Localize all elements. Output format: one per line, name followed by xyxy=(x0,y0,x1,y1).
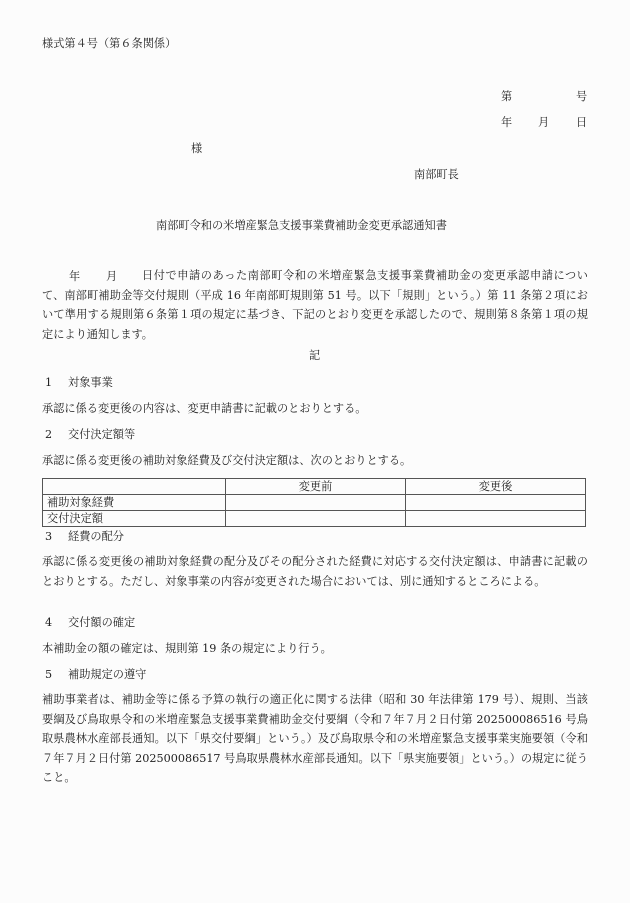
section-3-body: 承認に係る変更後の補助対象経費の配分及びその配分された経費に対応する交付決定額は… xyxy=(42,552,588,591)
section-1-number: 1 xyxy=(45,377,52,388)
grant-amount-before-cell xyxy=(226,511,406,527)
section-5-body: 補助事業者は、補助金等に係る予算の執行の適正化に関する法律（昭和 30 年法律第… xyxy=(42,690,588,788)
ki-marker: 記 xyxy=(309,350,320,361)
section-2-number: 2 xyxy=(45,429,52,440)
intro-paragraph: 日付で申請のあった南部町令和の米増産緊急支援事業費補助金の変更承認申請について、… xyxy=(42,266,588,344)
number-prefix: 第 xyxy=(501,91,512,102)
date-month: 月 xyxy=(538,117,549,128)
number-suffix: 号 xyxy=(576,91,587,102)
section-3-number: 3 xyxy=(45,531,52,542)
form-label: 様式第４号（第６条関係） xyxy=(42,38,176,49)
section-2-heading: 交付決定額等 xyxy=(68,429,135,440)
amount-table: 変更前 変更後 補助対象経費 交付決定額 xyxy=(42,478,586,527)
section-3-heading: 経費の配分 xyxy=(68,531,124,542)
table-header-blank xyxy=(43,479,226,495)
section-5-heading: 補助規定の遵守 xyxy=(68,669,146,680)
section-5-number: 5 xyxy=(45,669,52,680)
table-header-row: 変更前 変更後 xyxy=(43,479,586,495)
table-row: 補助対象経費 xyxy=(43,495,586,511)
row-label-grant-amount: 交付決定額 xyxy=(43,511,226,527)
eligible-cost-before-cell xyxy=(226,495,406,511)
grant-amount-after-cell xyxy=(406,511,586,527)
section-2-body: 承認に係る変更後の補助対象経費及び交付決定額は、次のとおりとする。 xyxy=(42,455,411,466)
issuer: 南部町長 xyxy=(414,169,459,180)
eligible-cost-after-cell xyxy=(406,495,586,511)
document-title: 南部町令和の米増産緊急支援事業費補助金変更承認通知書 xyxy=(156,220,447,231)
date-day: 日 xyxy=(576,117,587,128)
section-1-heading: 対象事業 xyxy=(68,377,113,388)
section-1-body: 承認に係る変更後の内容は、変更申請書に記載のとおりとする。 xyxy=(42,403,366,414)
table-header-after: 変更後 xyxy=(406,479,586,495)
row-label-eligible-cost: 補助対象経費 xyxy=(43,495,226,511)
table-row: 交付決定額 xyxy=(43,511,586,527)
section-4-number: 4 xyxy=(45,617,52,628)
section-4-body: 本補助金の額の確定は、規則第 19 条の規定により行う。 xyxy=(42,643,332,654)
date-year: 年 xyxy=(501,117,512,128)
table-header-before: 変更前 xyxy=(226,479,406,495)
addressee-suffix: 様 xyxy=(191,143,202,154)
section-4-heading: 交付額の確定 xyxy=(68,617,135,628)
